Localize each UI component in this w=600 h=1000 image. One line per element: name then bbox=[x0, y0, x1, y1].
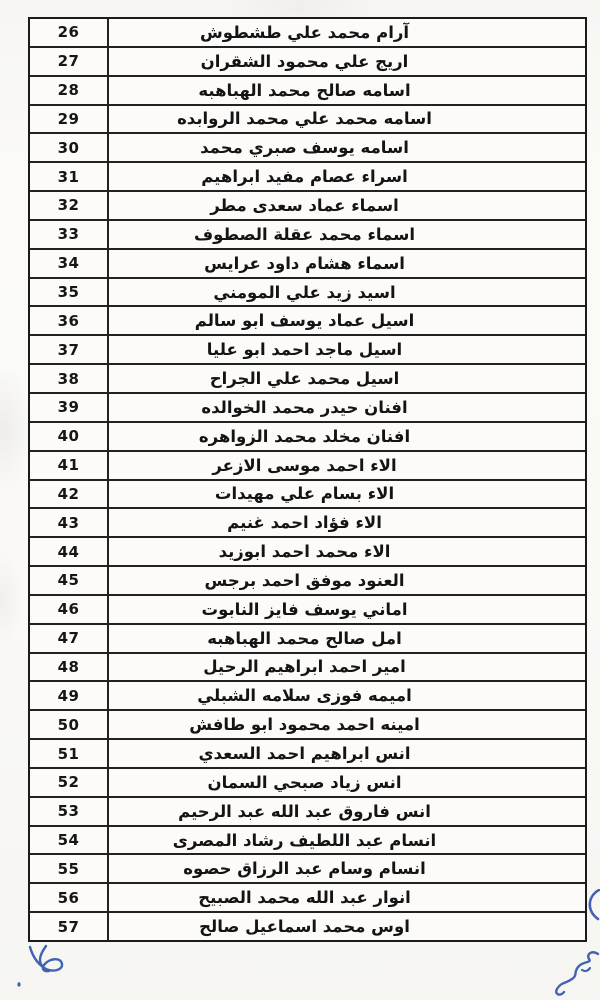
table-row: 38 اسيل محمد علي الجراح bbox=[30, 365, 585, 394]
scanned-document-page: 26 آرام محمد علي طشطوش 27 اريج علي محمود… bbox=[0, 0, 600, 1000]
row-number-cell: 47 bbox=[30, 625, 109, 652]
table-row: 55 انسام وسام عبد الرزاق حصوه bbox=[30, 855, 585, 884]
row-number-cell: 48 bbox=[30, 654, 109, 681]
pen-curve-icon bbox=[585, 889, 600, 921]
row-number-cell: 50 bbox=[30, 711, 109, 738]
row-name-cell: اسماء عماد سعدى مطر bbox=[109, 192, 585, 219]
row-name-cell: اسماء هشام داود عرايس bbox=[109, 250, 585, 277]
table-row: 46 اماني يوسف فايز النابوت bbox=[30, 596, 585, 625]
row-name-cell: اريج علي محمود الشقران bbox=[109, 48, 585, 75]
row-number-cell: 43 bbox=[30, 509, 109, 536]
row-name-cell: امل صالح محمد الهباهبه bbox=[109, 625, 585, 652]
table-row: 50 امينه احمد محمود ابو طافش bbox=[30, 711, 585, 740]
row-name-cell: انوار عبد الله محمد الصبيح bbox=[109, 884, 585, 911]
row-name-cell: اماني يوسف فايز النابوت bbox=[109, 596, 585, 623]
row-name-cell: اميمه فوزى سلامه الشبلي bbox=[109, 682, 585, 709]
signature-scribble-icon bbox=[22, 944, 70, 984]
row-name-cell: انس فاروق عبد الله عبد الرحيم bbox=[109, 798, 585, 825]
row-name-cell: انس ابراهيم احمد السعدي bbox=[109, 740, 585, 767]
row-number-cell: 38 bbox=[30, 365, 109, 392]
row-name-cell: اسامه محمد علي محمد الروابده bbox=[109, 106, 585, 133]
table-row: 30 اسامه يوسف صبري محمد bbox=[30, 134, 585, 163]
table-row: 57 اوس محمد اسماعيل صالح bbox=[30, 913, 585, 940]
row-name-cell: الاء بسام علي مهيدات bbox=[109, 481, 585, 508]
row-name-cell: آرام محمد علي طشطوش bbox=[109, 19, 585, 46]
row-name-cell: امير احمد ابراهيم الرحيل bbox=[109, 654, 585, 681]
table-row: 48 امير احمد ابراهيم الرحيل bbox=[30, 654, 585, 683]
table-row: 29 اسامه محمد علي محمد الروابده bbox=[30, 106, 585, 135]
row-number-cell: 36 bbox=[30, 307, 109, 334]
row-name-cell: اسيل ماجد احمد ابو عليا bbox=[109, 336, 585, 363]
row-number-cell: 57 bbox=[30, 913, 109, 940]
row-number-cell: 34 bbox=[30, 250, 109, 277]
roster-table: 26 آرام محمد علي طشطوش 27 اريج علي محمود… bbox=[28, 17, 587, 942]
table-row: 31 اسراء عصام مفيد ابراهيم bbox=[30, 163, 585, 192]
row-name-cell: اسيل محمد علي الجراح bbox=[109, 365, 585, 392]
table-row: 43 الاء فؤاد احمد غنيم bbox=[30, 509, 585, 538]
row-name-cell: اوس محمد اسماعيل صالح bbox=[109, 913, 585, 940]
table-row: 34 اسماء هشام داود عرايس bbox=[30, 250, 585, 279]
row-number-cell: 35 bbox=[30, 279, 109, 306]
row-name-cell: افنان حيدر محمد الخوالده bbox=[109, 394, 585, 421]
row-name-cell: انسام وسام عبد الرزاق حصوه bbox=[109, 855, 585, 882]
table-row: 28 اسامه صالح محمد الهباهبه bbox=[30, 77, 585, 106]
table-row: 56 انوار عبد الله محمد الصبيح bbox=[30, 884, 585, 913]
row-name-cell: اسيل عماد يوسف ابو سالم bbox=[109, 307, 585, 334]
row-number-cell: 53 bbox=[30, 798, 109, 825]
table-row: 51 انس ابراهيم احمد السعدي bbox=[30, 740, 585, 769]
row-number-cell: 45 bbox=[30, 567, 109, 594]
row-number-cell: 41 bbox=[30, 452, 109, 479]
table-row: 49 اميمه فوزى سلامه الشبلي bbox=[30, 682, 585, 711]
row-number-cell: 56 bbox=[30, 884, 109, 911]
row-number-cell: 40 bbox=[30, 423, 109, 450]
row-number-cell: 26 bbox=[30, 19, 109, 46]
table-row: 54 انسام عبد اللطيف رشاد المصرى bbox=[30, 827, 585, 856]
row-number-cell: 54 bbox=[30, 827, 109, 854]
row-number-cell: 27 bbox=[30, 48, 109, 75]
row-number-cell: 31 bbox=[30, 163, 109, 190]
row-number-cell: 49 bbox=[30, 682, 109, 709]
table-row: 44 الاء محمد احمد ابوزيد bbox=[30, 538, 585, 567]
row-number-cell: 44 bbox=[30, 538, 109, 565]
row-name-cell: انسام عبد اللطيف رشاد المصرى bbox=[109, 827, 585, 854]
table-row: 32 اسماء عماد سعدى مطر bbox=[30, 192, 585, 221]
row-number-cell: 37 bbox=[30, 336, 109, 363]
row-number-cell: 46 bbox=[30, 596, 109, 623]
row-name-cell: اسماء محمد عقلة الصطوف bbox=[109, 221, 585, 248]
table-row: 42 الاء بسام علي مهيدات bbox=[30, 481, 585, 510]
row-number-cell: 30 bbox=[30, 134, 109, 161]
handwriting-mark-icon bbox=[552, 948, 600, 1000]
row-name-cell: اسامه صالح محمد الهباهبه bbox=[109, 77, 585, 104]
row-number-cell: 52 bbox=[30, 769, 109, 796]
row-number-cell: 51 bbox=[30, 740, 109, 767]
row-number-cell: 42 bbox=[30, 481, 109, 508]
table-row: 40 افنان مخلد محمد الزواهره bbox=[30, 423, 585, 452]
row-name-cell: اسامه يوسف صبري محمد bbox=[109, 134, 585, 161]
table-row: 36 اسيل عماد يوسف ابو سالم bbox=[30, 307, 585, 336]
row-name-cell: اسراء عصام مفيد ابراهيم bbox=[109, 163, 585, 190]
row-number-cell: 33 bbox=[30, 221, 109, 248]
row-name-cell: انس زياد صبحي السمان bbox=[109, 769, 585, 796]
row-number-cell: 28 bbox=[30, 77, 109, 104]
row-name-cell: افنان مخلد محمد الزواهره bbox=[109, 423, 585, 450]
row-number-cell: 32 bbox=[30, 192, 109, 219]
row-name-cell: الاء محمد احمد ابوزيد bbox=[109, 538, 585, 565]
table-row: 35 اسيد زيد علي المومني bbox=[30, 279, 585, 308]
row-name-cell: العنود موفق احمد برجس bbox=[109, 567, 585, 594]
row-name-cell: امينه احمد محمود ابو طافش bbox=[109, 711, 585, 738]
table-row: 26 آرام محمد علي طشطوش bbox=[30, 19, 585, 48]
table-row: 41 الاء احمد موسى الازعر bbox=[30, 452, 585, 481]
table-row: 39 افنان حيدر محمد الخوالده bbox=[30, 394, 585, 423]
row-name-cell: اسيد زيد علي المومني bbox=[109, 279, 585, 306]
table-row: 53 انس فاروق عبد الله عبد الرحيم bbox=[30, 798, 585, 827]
row-name-cell: الاء احمد موسى الازعر bbox=[109, 452, 585, 479]
table-row: 37 اسيل ماجد احمد ابو عليا bbox=[30, 336, 585, 365]
table-row: 27 اريج علي محمود الشقران bbox=[30, 48, 585, 77]
table-row: 47 امل صالح محمد الهباهبه bbox=[30, 625, 585, 654]
table-row: 33 اسماء محمد عقلة الصطوف bbox=[30, 221, 585, 250]
table-row: 52 انس زياد صبحي السمان bbox=[30, 769, 585, 798]
row-number-cell: 29 bbox=[30, 106, 109, 133]
table-row: 45 العنود موفق احمد برجس bbox=[30, 567, 585, 596]
row-number-cell: 39 bbox=[30, 394, 109, 421]
ink-dot-icon bbox=[16, 981, 22, 988]
row-name-cell: الاء فؤاد احمد غنيم bbox=[109, 509, 585, 536]
row-number-cell: 55 bbox=[30, 855, 109, 882]
